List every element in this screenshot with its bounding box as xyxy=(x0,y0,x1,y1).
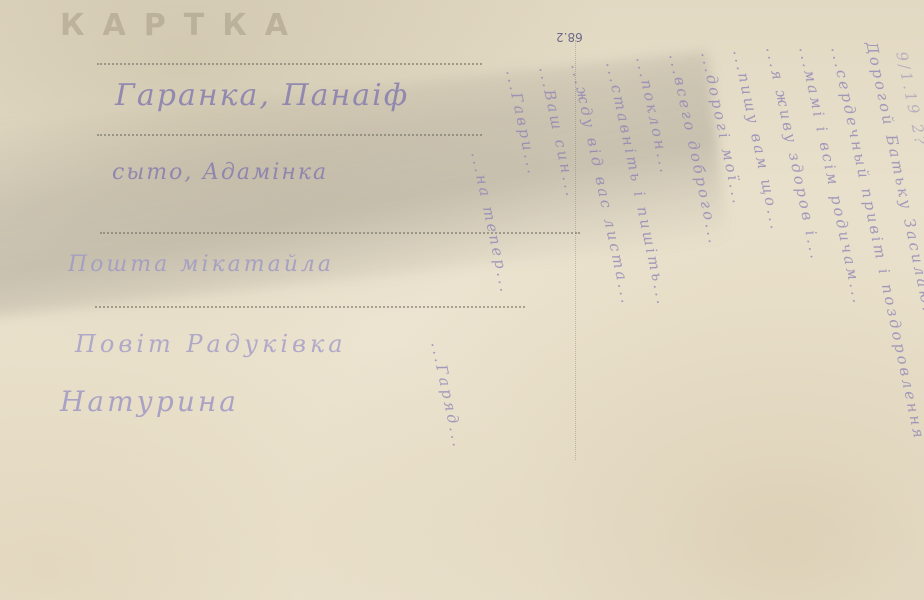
handwritten-message: 9/1.19 2? Дорогой Батьку Засилаю... ...с… xyxy=(425,40,924,600)
postcard-back: КАРТКА 68.2 Гаранка, Панаіф сыто, Адамін… xyxy=(0,0,924,600)
message-line: ...Гаряд... xyxy=(427,340,467,451)
address-name: Гаранка, Панаіф xyxy=(115,78,409,113)
message-line: ...Гаври... xyxy=(502,68,542,178)
message-line: ...на тепер... xyxy=(467,150,515,296)
address-village: сыто, Адамінка xyxy=(112,160,328,185)
address-region: Натурина xyxy=(60,385,239,418)
address-district: Повіт Радуківка xyxy=(75,330,347,358)
stamp-ghost-text: КАРТКА xyxy=(60,8,320,48)
address-post: Пошта мікатайла xyxy=(68,252,334,277)
